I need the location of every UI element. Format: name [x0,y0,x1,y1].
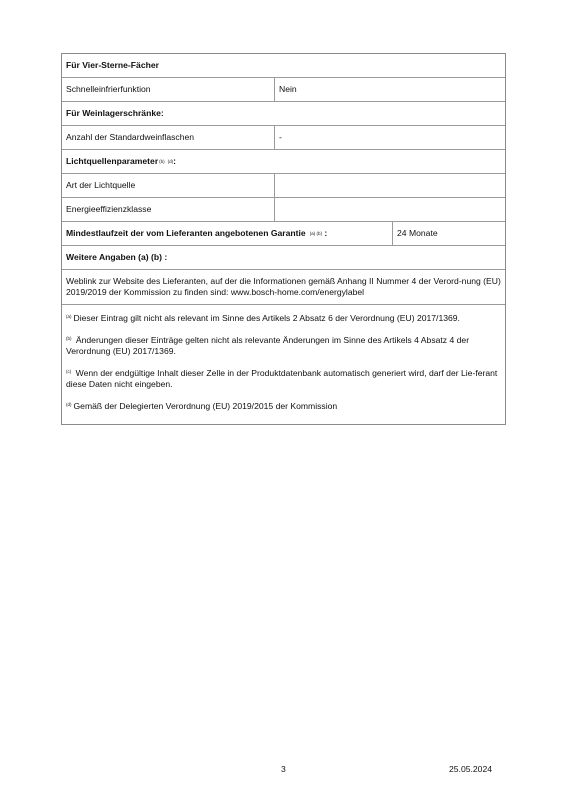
footnote-text: Wenn der endgültige Inhalt dieser Zelle … [66,368,497,389]
weblink-text: Weblink zur Website des Lieferanten, auf… [62,270,505,304]
light-type-label: Art der Lichtquelle [62,174,275,197]
row-wine-section: Für Weinlagerschränke: [62,102,505,126]
footnote-ref: (b) [159,156,165,167]
row-four-star-section: Für Vier-Sterne-Fächer [62,54,505,78]
warranty-label: Mindestlaufzeit der vom Lieferanten ange… [66,228,306,239]
product-data-table: Für Vier-Sterne-Fächer Schnelleinfrierfu… [61,53,506,425]
page-number: 3 [281,764,286,774]
row-weblink: Weblink zur Website des Lieferanten, auf… [62,270,505,305]
section-heading: Weitere Angaben (a) (b) : [62,246,505,269]
warranty-value: 24 Monate [393,222,505,245]
energy-class-value [275,198,505,221]
section-heading: Lichtquellenparameter (b) (d) : [62,150,505,173]
footer-date: 25.05.2024 [449,764,492,774]
light-section-label: Lichtquellenparameter [66,156,158,167]
section-heading: Für Weinlagerschränke: [62,102,505,125]
footnote-text: Dieser Eintrag gilt nicht als relevant i… [74,313,460,323]
row-footnotes: (a)Dieser Eintrag gilt nicht als relevan… [62,305,505,424]
section-heading: Für Vier-Sterne-Fächer [62,54,505,77]
row-light-type: Art der Lichtquelle [62,174,505,198]
wine-bottles-label: Anzahl der Standardweinflaschen [62,126,275,149]
row-more-section: Weitere Angaben (a) (b) : [62,246,505,270]
footnote-text: Gemäß der Delegierten Verordnung (EU) 20… [74,401,338,411]
footnote-ref: (a) (b) [310,228,322,239]
colon: : [322,228,327,239]
colon: : [173,156,176,167]
footnote-d: (d)Gemäß der Delegierten Verordnung (EU)… [66,399,501,412]
light-type-value [275,174,505,197]
row-energy-class: Energieeffizienzklasse [62,198,505,222]
footnote-marker: (c) [66,369,71,374]
footnote-marker: (a) [66,314,72,319]
row-warranty: Mindestlaufzeit der vom Lieferanten ange… [62,222,505,246]
footnote-a: (a)Dieser Eintrag gilt nicht als relevan… [66,311,501,324]
footnote-b: (b) Änderungen dieser Einträge gelten ni… [66,333,501,357]
fast-freeze-value: Nein [275,78,505,101]
fast-freeze-label: Schnelleinfrierfunktion [62,78,275,101]
footnote-c: (c) Wenn der endgültige Inhalt dieser Ze… [66,366,501,390]
row-light-section: Lichtquellenparameter (b) (d) : [62,150,505,174]
footnote-marker: (b) [66,336,72,341]
warranty-label-cell: Mindestlaufzeit der vom Lieferanten ange… [62,222,393,245]
footnote-text: Änderungen dieser Einträge gelten nicht … [66,335,469,356]
row-fast-freeze: Schnelleinfrierfunktion Nein [62,78,505,102]
footnotes: (a)Dieser Eintrag gilt nicht als relevan… [62,305,505,424]
wine-bottles-value: - [275,126,505,149]
row-wine-bottles: Anzahl der Standardweinflaschen - [62,126,505,150]
energy-class-label: Energieeffizienzklasse [62,198,275,221]
footnote-marker: (d) [66,402,72,407]
